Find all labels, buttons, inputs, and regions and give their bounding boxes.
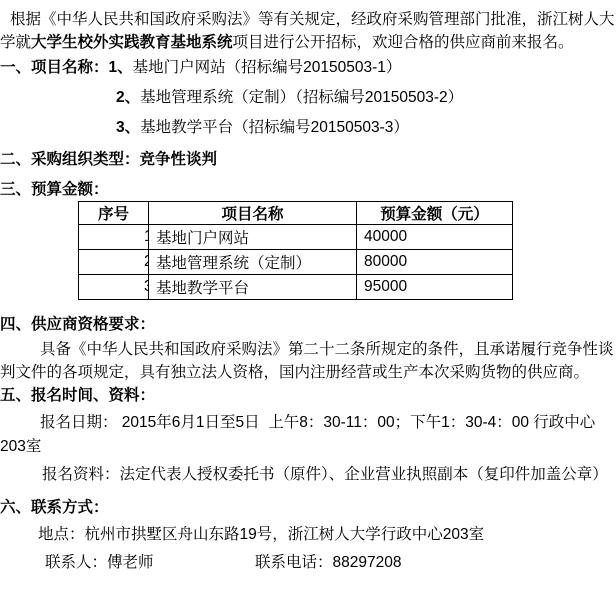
table-row: 1 基地门户网站 40000 bbox=[79, 225, 513, 250]
section5-heading: 五、报名时间、资料： bbox=[0, 387, 616, 404]
registration-docs-line: 报名资料：法定代表人授权委托书（原件）、企业营业执照副本（复印件加盖公章） bbox=[0, 466, 616, 483]
table-row: 2 基地管理系统（定制） 80000 bbox=[79, 250, 513, 275]
contact-phone: 联系电话：88297208 bbox=[255, 554, 401, 571]
cell-no: 3 bbox=[79, 275, 149, 300]
section4-body: 具备《中华人民共和国政府采购法》第二十二条所规定的条件，且承诺履行竞争性谈判文件… bbox=[0, 338, 616, 384]
project-item-text: 基地管理系统（定制）（招标编号20150503-2） bbox=[140, 89, 463, 106]
contact-line: 联系人：傅老师联系电话：88297208 bbox=[0, 554, 616, 571]
cell-budget-amount: 40000 bbox=[357, 225, 513, 250]
project-item-num: 2、 bbox=[116, 89, 140, 106]
cell-budget-amount: 80000 bbox=[357, 250, 513, 275]
cell-project-name: 基地管理系统（定制） bbox=[149, 250, 357, 275]
cell-no: 2 bbox=[79, 250, 149, 275]
row-number: 1 bbox=[144, 228, 148, 246]
address-line: 地点：杭州市拱墅区舟山东路19号，浙江树人大学行政中心203室 bbox=[0, 526, 616, 543]
project-item-text: 基地门户网站（招标编号20150503-1） bbox=[133, 59, 402, 76]
registration-date-line: 报名日期： 2015年6月1日至5日 上午8：30-11：00；下午1：30-4… bbox=[0, 411, 616, 459]
cell-budget-amount: 95000 bbox=[357, 275, 513, 300]
section6-heading: 六、联系方式： bbox=[0, 499, 616, 516]
cell-project-name: 基地教学平台 bbox=[149, 275, 357, 300]
table-header-row: 序号 项目名称 预算金额（元） bbox=[79, 202, 513, 225]
row-number: 3 bbox=[144, 278, 148, 296]
table-header-no: 序号 bbox=[79, 202, 149, 225]
project-item: 3、基地教学平台（招标编号20150503-3） bbox=[116, 119, 616, 136]
section3-heading: 三、预算金额： bbox=[0, 181, 616, 198]
intro-paragraph: 根据《中华人民共和国政府采购法》等有关规定，经政府采购管理部门批准，浙江树人大学… bbox=[0, 8, 616, 54]
intro-text-post: 项目进行公开招标，欢迎合格的供应商前来报名。 bbox=[233, 34, 574, 51]
project-item: 2、基地管理系统（定制）（招标编号20150503-2） bbox=[116, 89, 616, 106]
cell-no: 1 bbox=[79, 225, 149, 250]
cell-project-name: 基地门户网站 bbox=[149, 225, 357, 250]
table-row: 3 基地教学平台 95000 bbox=[79, 275, 513, 300]
row-number: 2 bbox=[144, 253, 148, 271]
intro-project-name: 大学生校外实践教育基地系统 bbox=[31, 34, 233, 51]
project-item-num: 1、 bbox=[109, 59, 133, 76]
table-header-amount: 预算金额（元） bbox=[357, 202, 513, 225]
project-item-num: 3、 bbox=[116, 119, 140, 136]
section1-heading: 一、项目名称： bbox=[0, 59, 109, 76]
contact-person: 联系人：傅老师 bbox=[45, 554, 255, 571]
table-header-name: 项目名称 bbox=[149, 202, 357, 225]
section4-heading: 四、供应商资格要求： bbox=[0, 316, 616, 333]
section2-heading: 二、采购组织类型：竞争性谈判 bbox=[0, 151, 616, 168]
section1-line: 一、项目名称：1、基地门户网站（招标编号20150503-1） bbox=[0, 59, 616, 76]
budget-table: 序号 项目名称 预算金额（元） 1 基地门户网站 40000 2 基地管理系统（… bbox=[78, 201, 513, 300]
project-item-text: 基地教学平台（招标编号20150503-3） bbox=[140, 119, 409, 136]
